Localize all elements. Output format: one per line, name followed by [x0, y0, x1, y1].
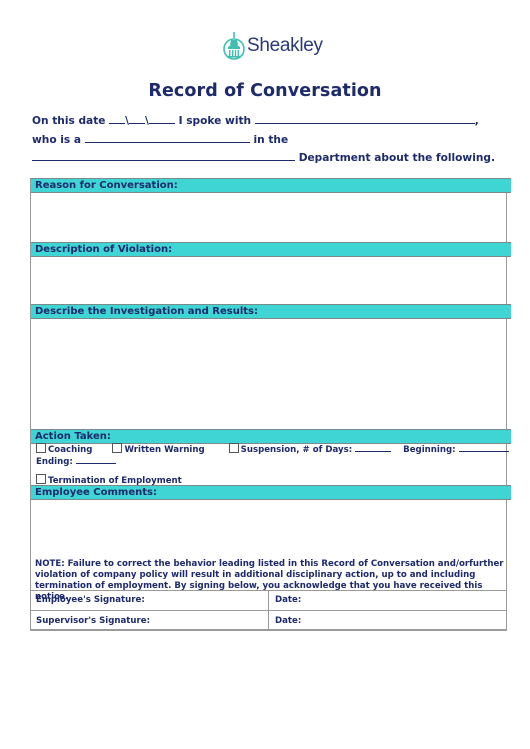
action-options-row: Coaching Written Warning Suspension, # o… — [36, 443, 509, 455]
section-header-reason: Reason for Conversation: — [31, 178, 511, 193]
employee-name-field[interactable] — [255, 113, 475, 124]
position-field[interactable] — [85, 132, 250, 143]
written-warning-checkbox[interactable] — [112, 443, 122, 453]
ending-label: Ending: — [36, 457, 73, 467]
employee-signature-field[interactable]: Employee's Signature: — [30, 590, 266, 610]
section-header-investigation: Describe the Investigation and Results: — [31, 304, 511, 319]
investigation-textarea[interactable] — [31, 319, 507, 429]
in-the-label: in the — [253, 134, 288, 146]
date-day-field[interactable] — [129, 113, 145, 124]
who-is-a-label: who is a — [32, 134, 81, 146]
supervisor-signature-row: Supervisor's Signature: Date: — [30, 610, 507, 631]
employee-date-label: Date: — [275, 595, 301, 605]
page-title: Record of Conversation — [0, 81, 530, 101]
capitol-dome-icon — [222, 30, 246, 62]
employee-signature-label: Employee's Signature: — [36, 595, 145, 605]
suspension-checkbox[interactable] — [229, 443, 239, 453]
date-month-field[interactable] — [109, 113, 125, 124]
suspension-days-field[interactable] — [355, 443, 391, 452]
brand-name: Sheakley — [247, 35, 323, 57]
comments-textarea[interactable] — [31, 500, 507, 556]
sheakley-logo: Sheakley — [222, 28, 323, 64]
beginning-label: Beginning: — [403, 445, 455, 455]
intro-line-3: Department about the following. — [32, 150, 495, 164]
ending-date-field[interactable] — [76, 455, 116, 464]
coaching-label: Coaching — [48, 445, 92, 455]
employee-date-field[interactable]: Date: — [269, 590, 505, 610]
section-header-comments: Employee Comments: — [31, 485, 511, 500]
comma: , — [475, 115, 479, 127]
department-label: Department about the following. — [299, 152, 495, 164]
written-warning-label: Written Warning — [124, 445, 204, 455]
section-header-violation: Description of Violation: — [31, 242, 511, 257]
supervisor-date-field[interactable]: Date: — [269, 611, 505, 631]
date-year-field[interactable] — [149, 113, 175, 124]
intro-line-1: On this date \\ I spoke with , — [32, 113, 479, 127]
spoke-with-label: I spoke with — [179, 115, 251, 127]
supervisor-signature-field[interactable]: Supervisor's Signature: — [30, 611, 266, 631]
termination-checkbox[interactable] — [36, 474, 46, 484]
suspension-label: Suspension, # of Days: — [241, 445, 353, 455]
on-this-date-label: On this date — [32, 115, 105, 127]
reason-textarea[interactable] — [31, 193, 507, 242]
coaching-checkbox[interactable] — [36, 443, 46, 453]
supervisor-date-label: Date: — [275, 616, 301, 626]
department-field[interactable] — [32, 150, 295, 161]
violation-textarea[interactable] — [31, 257, 507, 304]
employee-signature-row: Employee's Signature: Date: — [30, 590, 507, 611]
beginning-date-field[interactable] — [459, 443, 509, 452]
supervisor-signature-label: Supervisor's Signature: — [36, 616, 150, 626]
intro-line-2: who is a in the — [32, 132, 288, 146]
ending-row: Ending: — [36, 455, 116, 467]
section-header-action: Action Taken: — [31, 429, 511, 444]
